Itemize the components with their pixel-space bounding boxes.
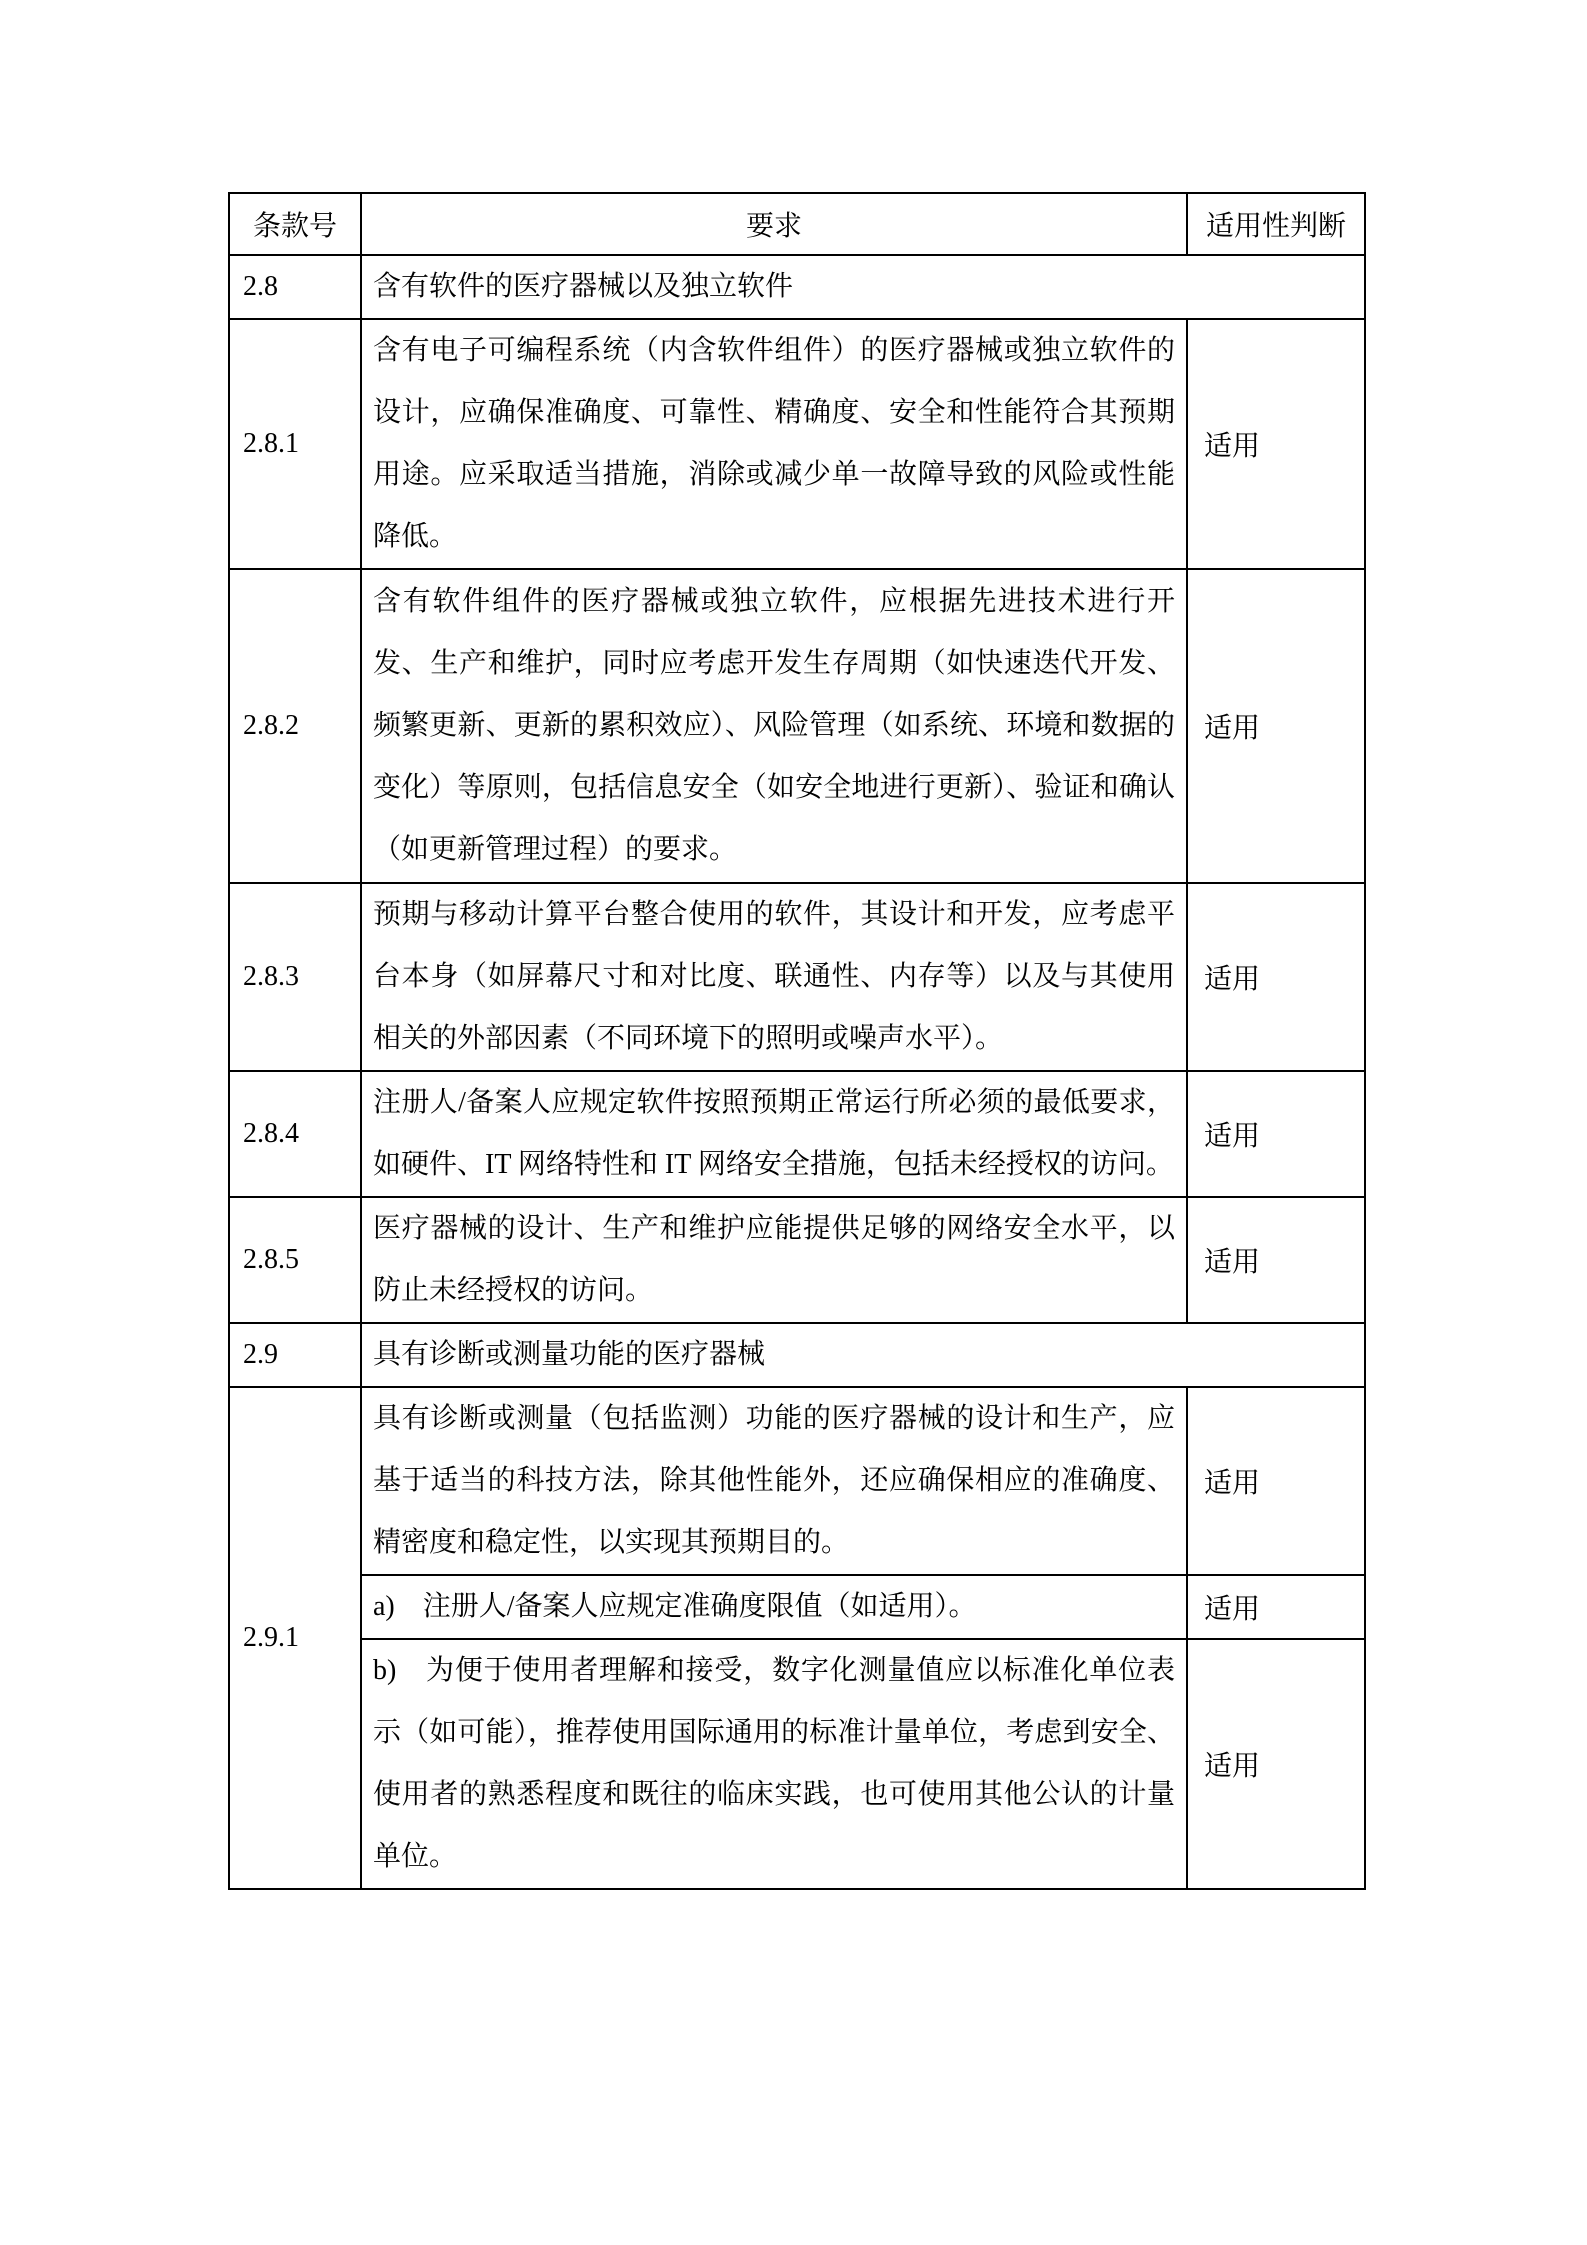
- clause-number-cell: 2.8.1: [229, 319, 361, 569]
- applicability-cell: 适用: [1187, 883, 1365, 1071]
- clause-number-cell: 2.8.5: [229, 1197, 361, 1323]
- applicability-cell: 适用: [1187, 1197, 1365, 1323]
- table-row-2-8: 2.8 含有软件的医疗器械以及独立软件: [229, 255, 1365, 319]
- requirement-cell: b) 为便于使用者理解和接受，数字化测量值应以标准化单位表示（如可能），推荐使用…: [361, 1639, 1187, 1889]
- applicability-cell: 适用: [1187, 319, 1365, 569]
- applicability-cell: 适用: [1187, 1071, 1365, 1197]
- table-row-2-8-3: 2.8.3 预期与移动计算平台整合使用的软件，其设计和开发，应考虑平台本身（如屏…: [229, 883, 1365, 1071]
- requirement-cell: 注册人/备案人应规定软件按照预期正常运行所必须的最低要求，如硬件、IT 网络特性…: [361, 1071, 1187, 1197]
- clause-number-cell: 2.9.1: [229, 1387, 361, 1889]
- clause-number-cell: 2.8.2: [229, 569, 361, 883]
- clause-number-cell: 2.8.3: [229, 883, 361, 1071]
- table-row-2-9-1-item-a: a) 注册人/备案人应规定准确度限值（如适用）。 适用: [229, 1575, 1365, 1639]
- table-row-2-8-4: 2.8.4 注册人/备案人应规定软件按照预期正常运行所必须的最低要求，如硬件、I…: [229, 1071, 1365, 1197]
- header-clause-number: 条款号: [229, 193, 361, 255]
- requirements-table: 条款号 要求 适用性判断 2.8 含有软件的医疗器械以及独立软件 2.8.1 含…: [228, 192, 1366, 1890]
- table-row-2-8-2: 2.8.2 含有软件组件的医疗器械或独立软件，应根据先进技术进行开发、生产和维护…: [229, 569, 1365, 883]
- table-row-2-9-1-item-b: b) 为便于使用者理解和接受，数字化测量值应以标准化单位表示（如可能），推荐使用…: [229, 1639, 1365, 1889]
- table-row-2-9: 2.9 具有诊断或测量功能的医疗器械: [229, 1323, 1365, 1387]
- requirement-cell-section: 含有软件的医疗器械以及独立软件: [361, 255, 1365, 319]
- header-applicability: 适用性判断: [1187, 193, 1365, 255]
- header-requirement: 要求: [361, 193, 1187, 255]
- table-header-row: 条款号 要求 适用性判断: [229, 193, 1365, 255]
- applicability-cell: 适用: [1187, 569, 1365, 883]
- requirement-cell-section: 具有诊断或测量功能的医疗器械: [361, 1323, 1365, 1387]
- applicability-cell: 适用: [1187, 1639, 1365, 1889]
- clause-number-cell: 2.9: [229, 1323, 361, 1387]
- requirement-cell: 医疗器械的设计、生产和维护应能提供足够的网络安全水平，以防止未经授权的访问。: [361, 1197, 1187, 1323]
- requirement-cell: 含有软件组件的医疗器械或独立软件，应根据先进技术进行开发、生产和维护，同时应考虑…: [361, 569, 1187, 883]
- clause-number-cell: 2.8: [229, 255, 361, 319]
- table-row-2-8-5: 2.8.5 医疗器械的设计、生产和维护应能提供足够的网络安全水平，以防止未经授权…: [229, 1197, 1365, 1323]
- requirement-cell: 具有诊断或测量（包括监测）功能的医疗器械的设计和生产，应基于适当的科技方法，除其…: [361, 1387, 1187, 1575]
- clause-number-cell: 2.8.4: [229, 1071, 361, 1197]
- requirement-cell: a) 注册人/备案人应规定准确度限值（如适用）。: [361, 1575, 1187, 1639]
- requirement-cell: 预期与移动计算平台整合使用的软件，其设计和开发，应考虑平台本身（如屏幕尺寸和对比…: [361, 883, 1187, 1071]
- table-row-2-8-1: 2.8.1 含有电子可编程系统（内含软件组件）的医疗器械或独立软件的设计，应确保…: [229, 319, 1365, 569]
- requirement-cell: 含有电子可编程系统（内含软件组件）的医疗器械或独立软件的设计，应确保准确度、可靠…: [361, 319, 1187, 569]
- table-row-2-9-1-main: 2.9.1 具有诊断或测量（包括监测）功能的医疗器械的设计和生产，应基于适当的科…: [229, 1387, 1365, 1575]
- applicability-cell: 适用: [1187, 1387, 1365, 1575]
- applicability-cell: 适用: [1187, 1575, 1365, 1639]
- document-page: 条款号 要求 适用性判断 2.8 含有软件的医疗器械以及独立软件 2.8.1 含…: [0, 0, 1587, 2245]
